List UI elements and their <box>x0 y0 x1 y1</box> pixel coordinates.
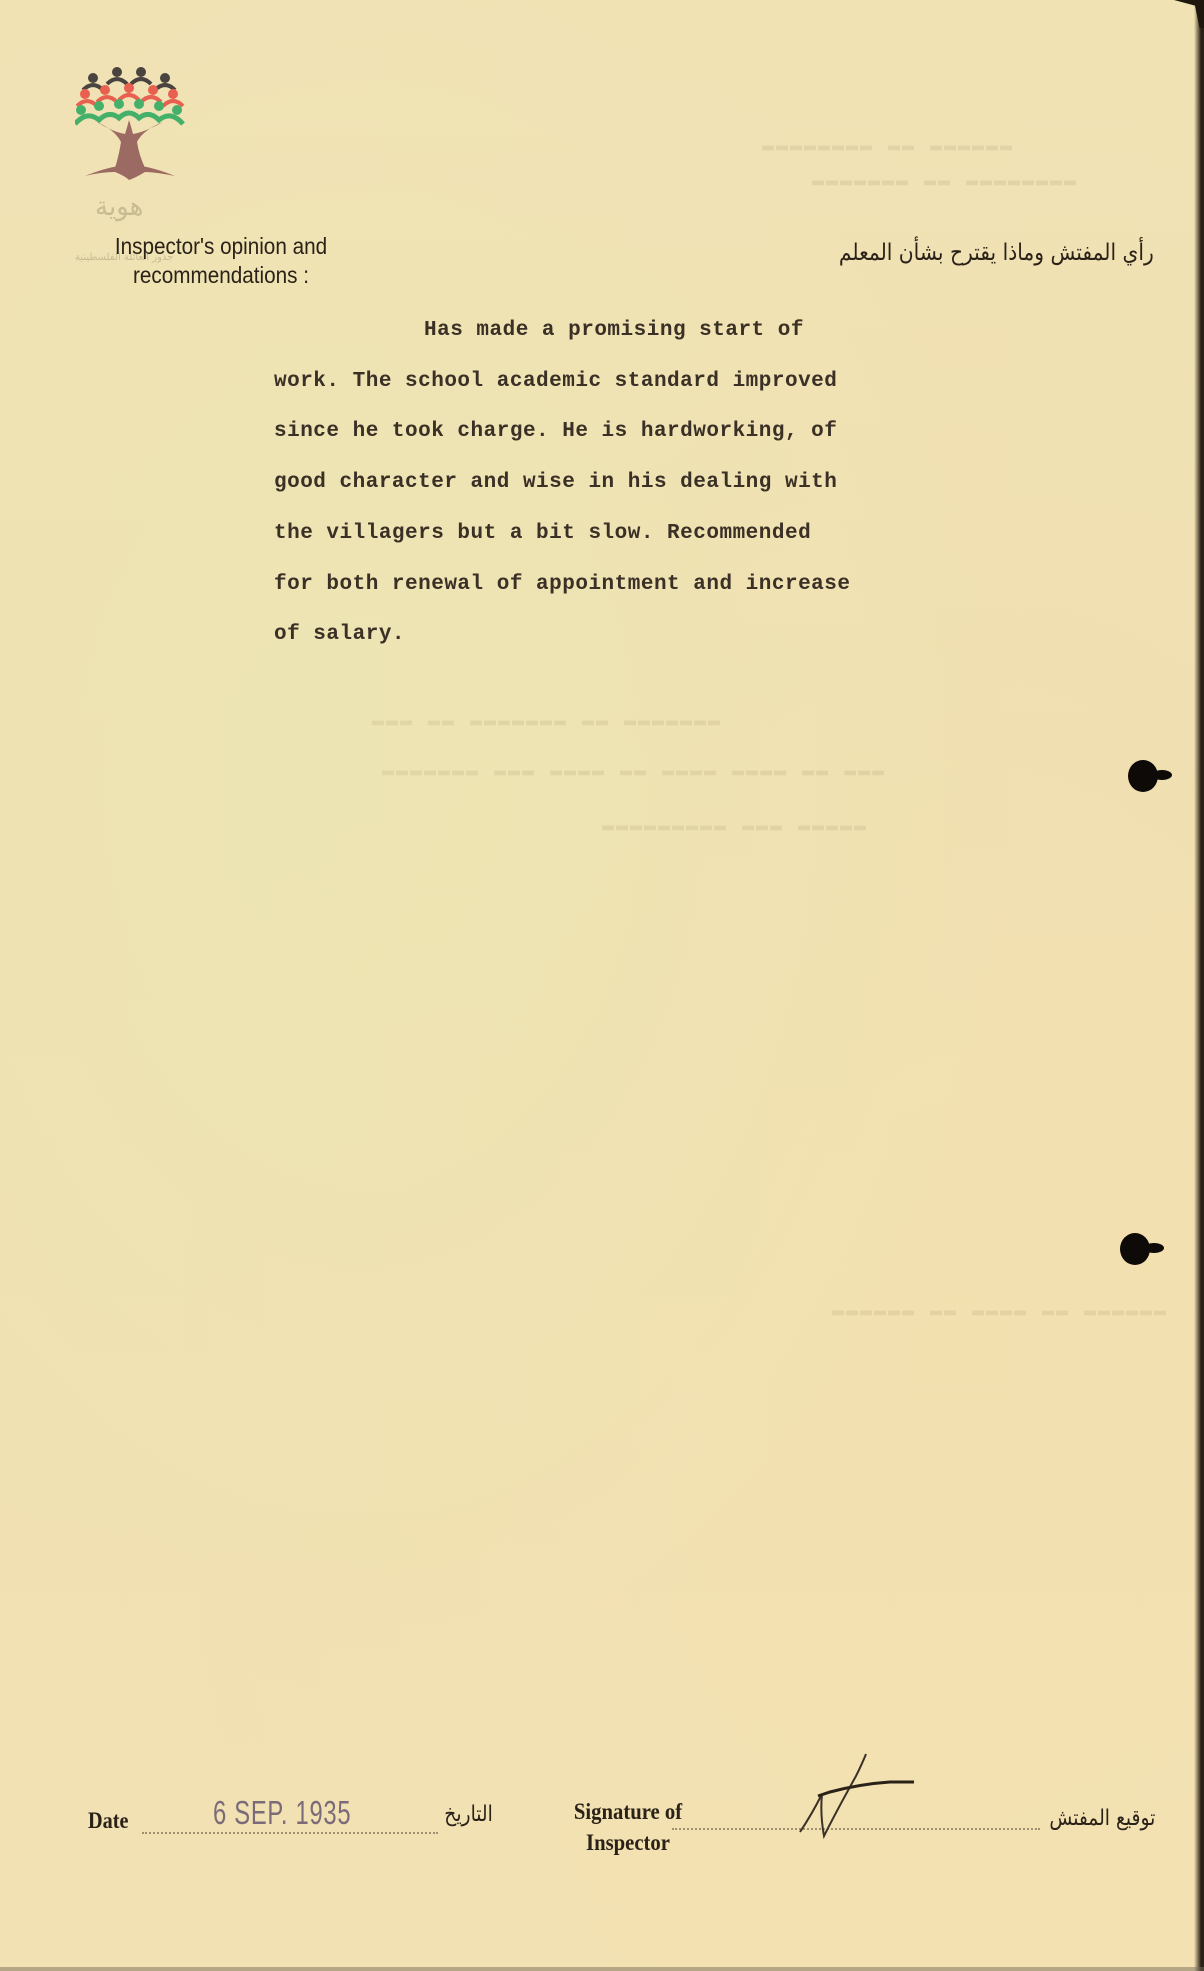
signature-label: Signature of Inspector <box>565 1796 691 1858</box>
page-edge-shadow <box>1194 0 1204 1971</box>
page-bottom-edge <box>0 1967 1204 1971</box>
body-line: the villagers but a bit slow. Recommende… <box>274 509 994 560</box>
date-stamp: 6 SEP. 1935 <box>213 1794 351 1832</box>
bleed-through-texture: ▬▬▬▬▬▬ ▬▬ ▬▬▬▬ ▬▬ ▬▬▬▬▬▬ <box>830 1300 1166 1323</box>
page-corner-shadow <box>1174 0 1204 28</box>
body-line: since he took charge. He is hardworking,… <box>274 407 994 458</box>
date-label-ar: التاريخ <box>444 1802 493 1827</box>
family-tree-logo-icon <box>75 50 185 180</box>
punch-hole-upper <box>1128 760 1158 792</box>
bleed-through-texture: ▬▬▬▬▬ ▬▬▬ ▬▬▬▬▬▬▬▬▬ <box>600 815 866 838</box>
punch-hole-lower <box>1120 1233 1150 1265</box>
body-line: Has made a promising start of <box>274 306 994 357</box>
bleed-through-texture: ▬▬▬ ▬▬ ▬▬▬▬ ▬▬▬▬ ▬▬ ▬▬▬▬ ▬▬▬ ▬▬▬▬▬▬▬ <box>380 760 884 783</box>
signature-label-line1: Signature of <box>565 1796 691 1827</box>
heading-en-line2: recommendations : <box>86 261 356 290</box>
bleed-through-texture: ▬▬▬▬▬▬▬ ▬▬ ▬▬▬▬▬▬▬ ▬▬ ▬▬▬ <box>370 710 720 733</box>
body-line: of salary. <box>274 610 994 661</box>
section-heading-ar: رأي المفتش وماذا يقترح بشأن المعلم <box>839 240 1154 266</box>
heading-en-line1: Inspector's opinion and <box>86 232 356 261</box>
bleed-through-texture: ▬▬▬▬▬▬ ▬▬ ▬▬▬▬▬▬▬▬ <box>760 135 1012 158</box>
signature-label-line2: Inspector <box>565 1827 691 1858</box>
bleed-through-texture: ▬▬▬▬▬▬▬▬ ▬▬ ▬▬▬▬▬▬▬ <box>810 170 1076 193</box>
section-heading-en: Inspector's opinion and recommendations … <box>86 232 356 290</box>
inspector-opinion-text: Has made a promising start of work. The … <box>274 306 994 661</box>
document-page: ▬▬▬▬▬▬ ▬▬ ▬▬▬▬▬▬▬▬ ▬▬▬▬▬▬▬▬ ▬▬ ▬▬▬▬▬▬▬ ▬… <box>0 0 1204 1971</box>
signature-label-ar: توقيع المفتش <box>1049 1806 1155 1831</box>
body-line: for both renewal of appointment and incr… <box>274 560 994 611</box>
body-line: good character and wise in his dealing w… <box>274 458 994 509</box>
body-line: work. The school academic standard impro… <box>274 357 994 408</box>
date-label: Date <box>88 1808 128 1834</box>
handwritten-signature-icon <box>790 1752 930 1852</box>
date-dotted-line <box>142 1832 438 1834</box>
logo-wordmark: هوية <box>95 192 143 222</box>
